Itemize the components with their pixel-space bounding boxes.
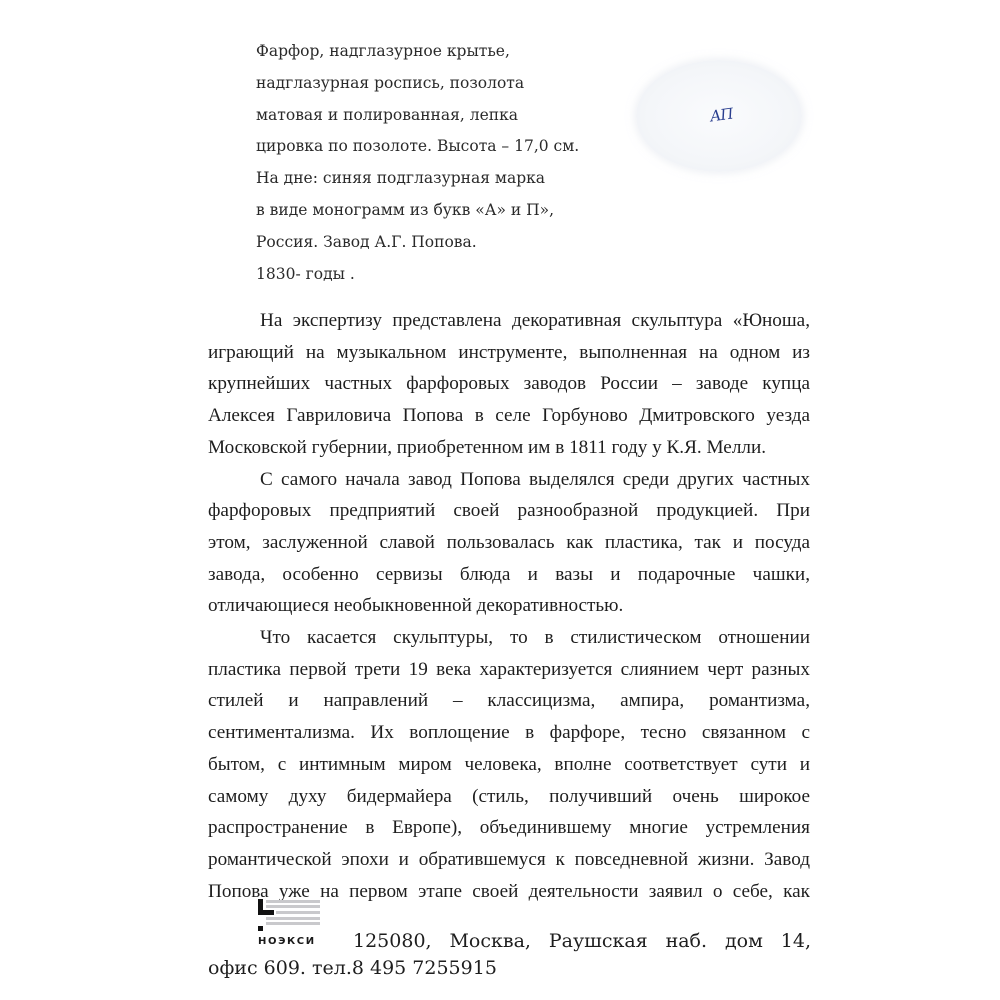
- text-line: С самого начала завод Попова выделялся с…: [208, 464, 810, 496]
- paragraph: На экспертизу представлена декоративная …: [208, 305, 810, 464]
- contact-line: офис 609. тел.8 495 7255915: [208, 955, 497, 981]
- description-line: На дне: синяя подглазурная марка: [256, 163, 636, 195]
- text-line: На экспертизу представлена декоративная …: [208, 305, 810, 337]
- paragraph: С самого начала завод Попова выделялся с…: [208, 464, 810, 623]
- text-line: стилей и направлений – классицизма, ампи…: [208, 685, 810, 717]
- text-line: Алексея Гавриловича Попова в селе Горбун…: [208, 400, 810, 432]
- text-line: играющий на музыкальном инструменте, вып…: [208, 337, 810, 369]
- company-logo: НОЭКСИ: [258, 899, 322, 951]
- logo-mark-icon: [258, 899, 322, 935]
- text-line: романтической эпохи и обратившемуся к по…: [208, 844, 810, 876]
- text-line: пластика первой трети 19 века характериз…: [208, 654, 810, 686]
- base-mark-photo: АП: [636, 60, 802, 172]
- text-line: фарфоровых предприятий своей разнообразн…: [208, 495, 810, 527]
- text-line: бытом, с интимным миром человека, вполне…: [208, 749, 810, 781]
- description-line: цировка по позолоте. Высота – 17,0 см.: [256, 131, 636, 163]
- description-line: Россия. Завод А.Г. Попова.: [256, 227, 636, 259]
- description-line: в виде монограмм из букв «А» и П»,: [256, 195, 636, 227]
- text-line: самому духу бидермайера (стиль, получивш…: [208, 781, 810, 813]
- description-line: надглазурная роспись, позолота: [256, 68, 636, 100]
- address-line: 125080, Москва, Раушская наб. дом 14,: [353, 928, 811, 954]
- description-line: Фарфор, надглазурное крытье,: [256, 36, 636, 68]
- text-line: Московской губернии, приобретенном им в …: [208, 432, 810, 464]
- monogram-mark-icon: АП: [709, 105, 734, 126]
- logo-wordmark: НОЭКСИ: [258, 936, 316, 947]
- description-line: 1830- годы .: [256, 259, 636, 291]
- description-line: матовая и полированная, лепка: [256, 100, 636, 132]
- text-line: завода, особенно сервизы блюда и вазы и …: [208, 559, 810, 591]
- paragraph: Что касается скульптуры, то в стилистиче…: [208, 622, 810, 907]
- document-page: Фарфор, надглазурное крытье, надглазурна…: [0, 0, 1000, 1000]
- text-line: отличающиеся необыкновенной декоративнос…: [208, 590, 810, 622]
- expertise-body: На экспертизу представлена декоративная …: [208, 305, 810, 907]
- text-line: сентиментализма. Их воплощение в фарфоре…: [208, 717, 810, 749]
- text-line: этом, заслуженной славой пользовалась ка…: [208, 527, 810, 559]
- text-line: Что касается скульптуры, то в стилистиче…: [208, 622, 810, 654]
- object-description: Фарфор, надглазурное крытье, надглазурна…: [256, 36, 636, 290]
- text-line: распространение в Европе), объединившему…: [208, 812, 810, 844]
- text-line: крупнейших частных фарфоровых заводов Ро…: [208, 368, 810, 400]
